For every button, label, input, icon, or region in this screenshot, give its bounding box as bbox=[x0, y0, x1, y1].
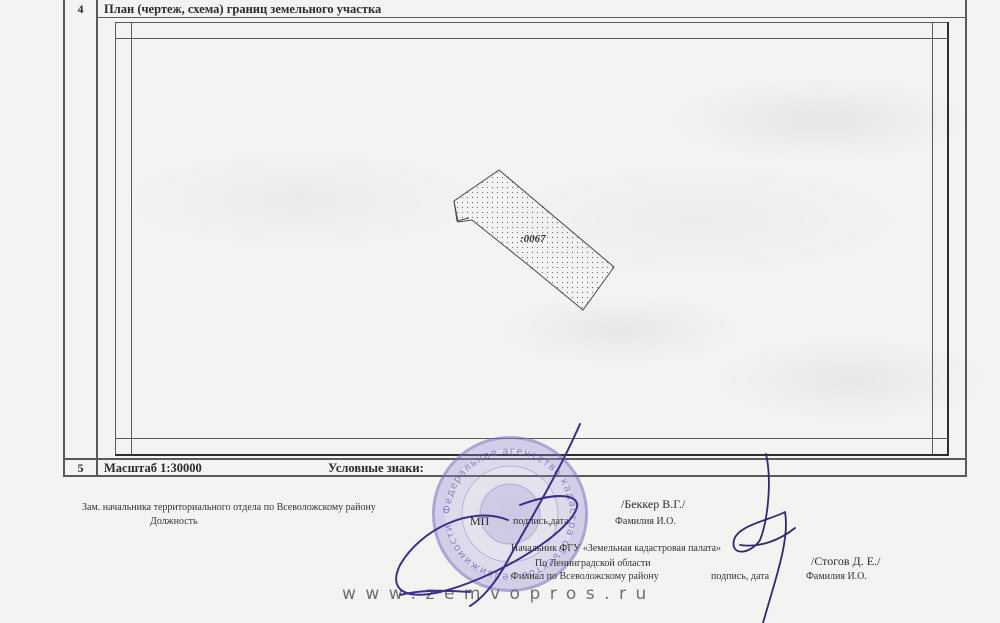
signature-second-stroke bbox=[733, 454, 795, 623]
handwritten-signatures bbox=[0, 0, 1000, 623]
signature-first-stroke bbox=[396, 424, 580, 606]
